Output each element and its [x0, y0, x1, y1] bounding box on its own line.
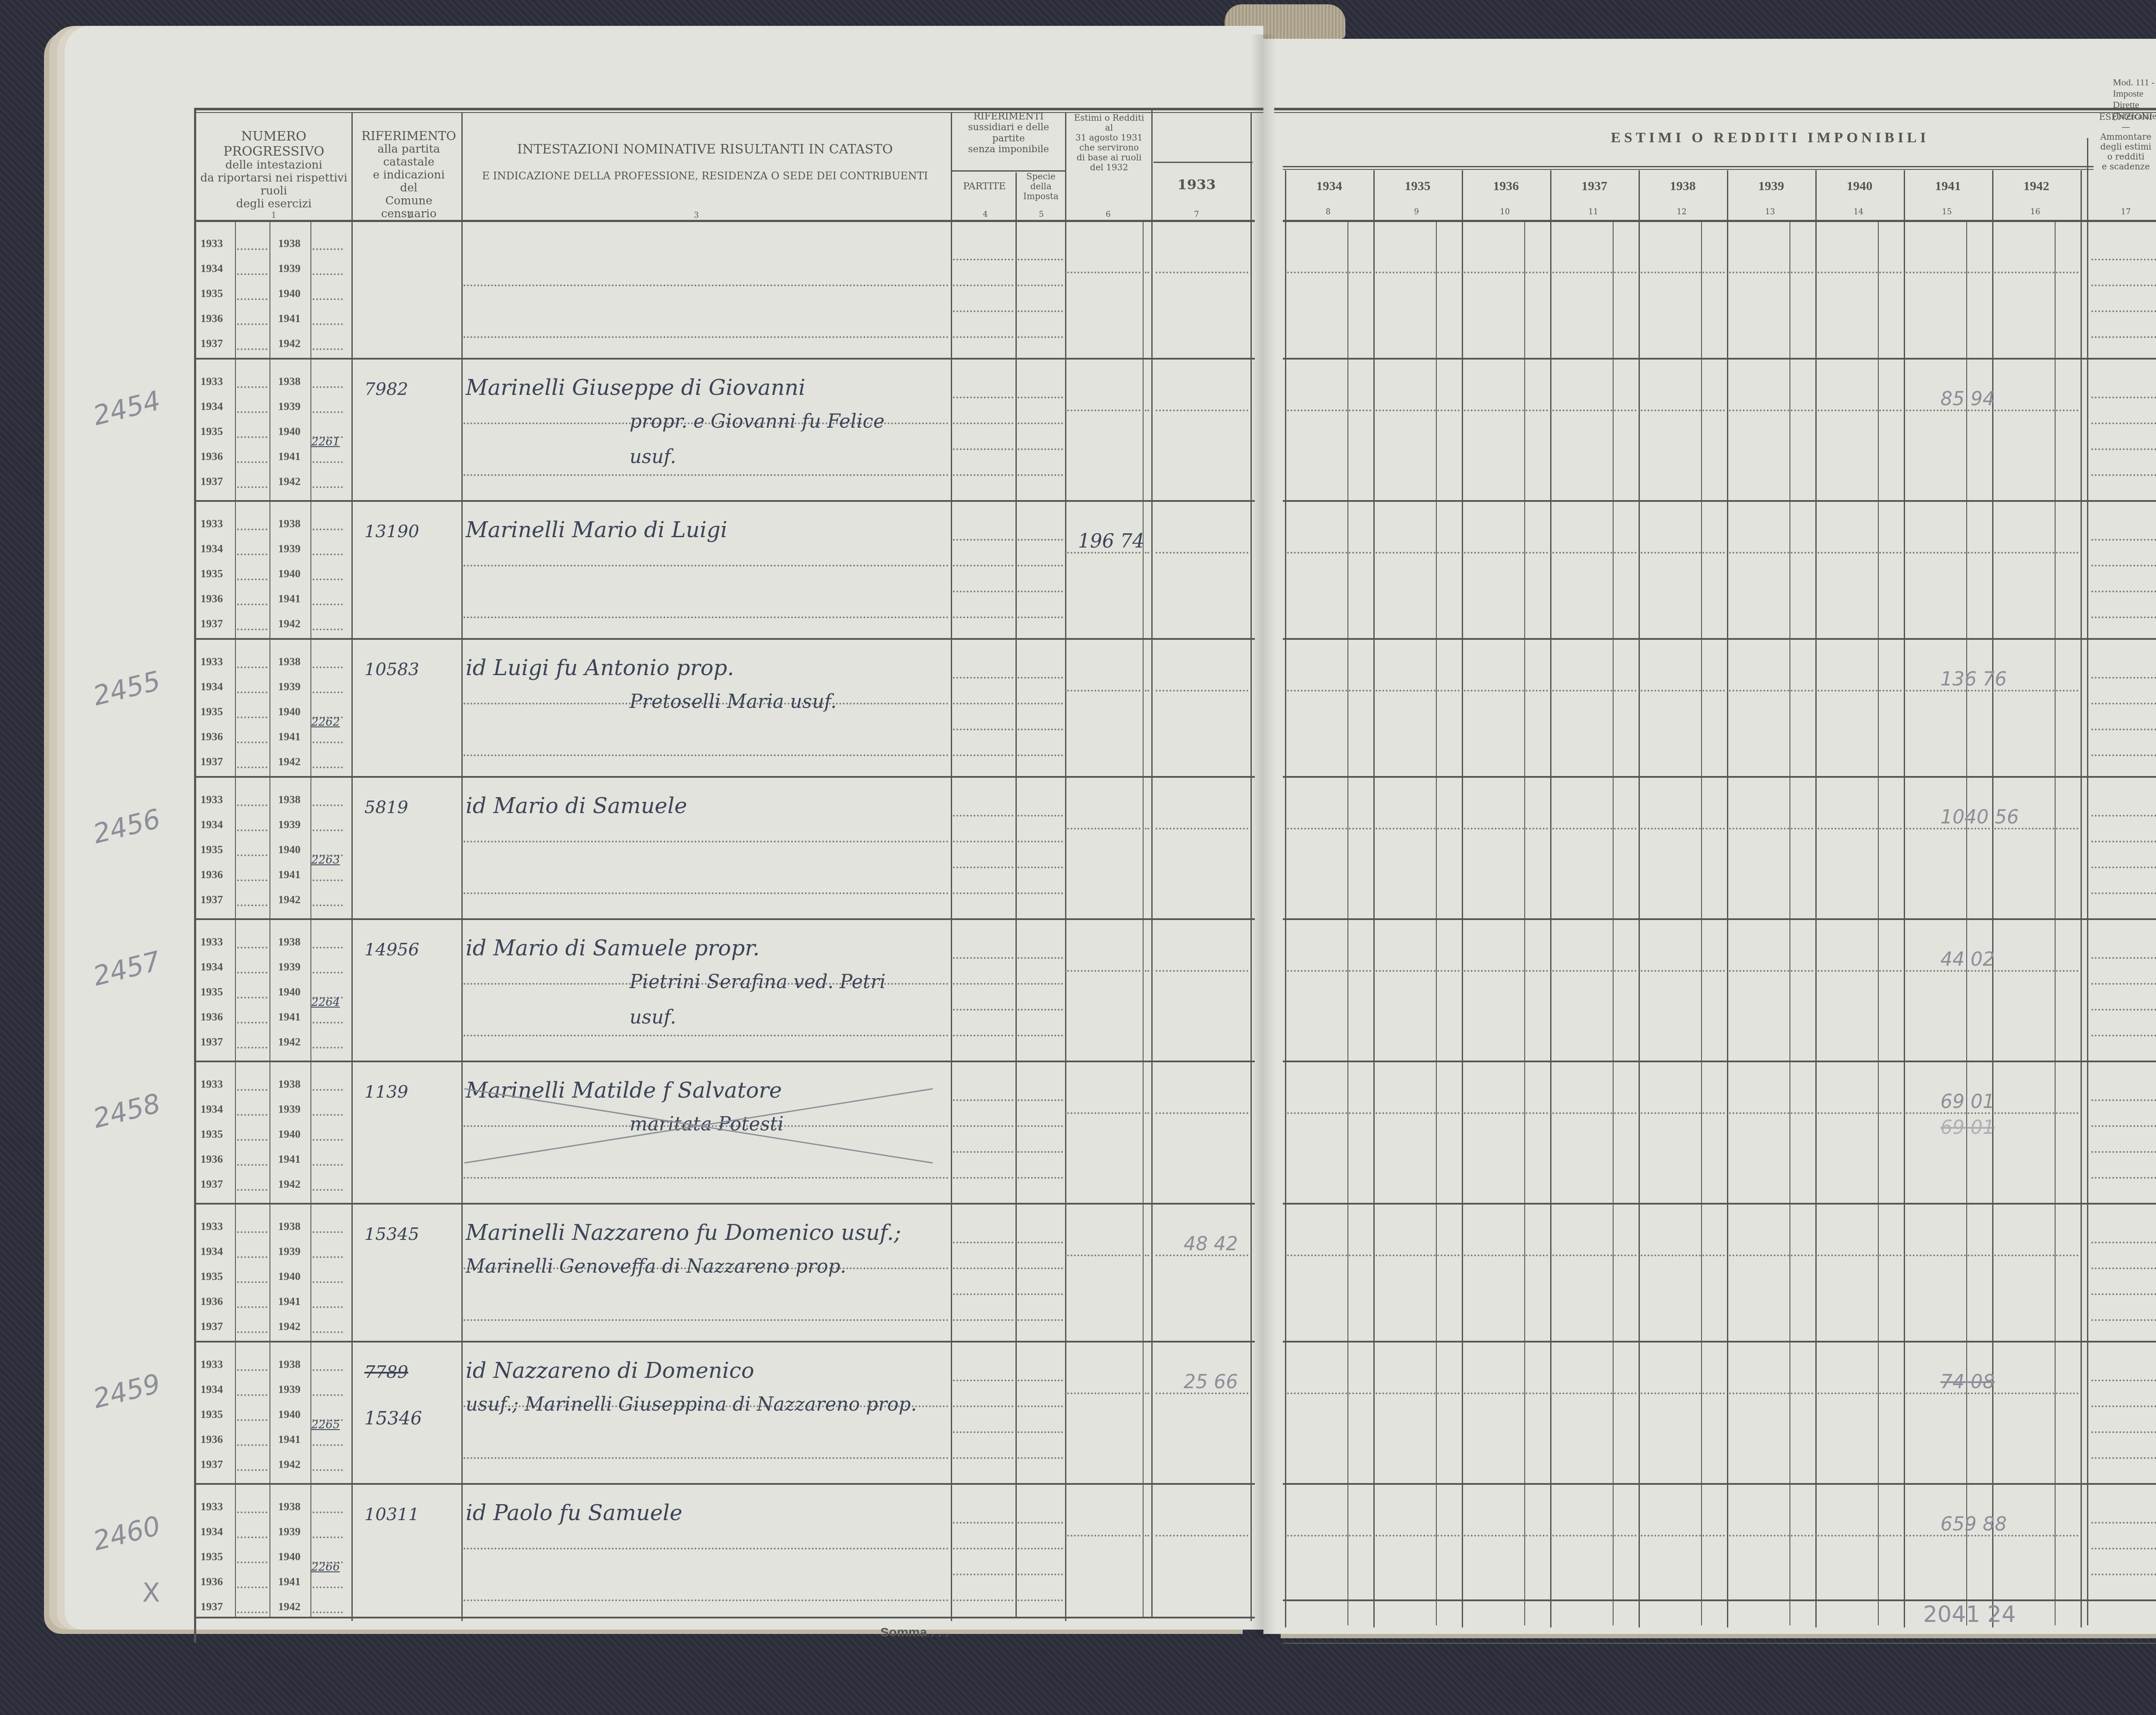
year-label: 1939 [278, 818, 301, 831]
dotted-guide [1156, 1112, 1248, 1114]
year-label: 1934 [201, 262, 223, 275]
dotted-guide [237, 1089, 267, 1091]
year-label: 1933 [201, 1220, 223, 1233]
dotted-guide [1018, 474, 1063, 476]
header-estimi-1931: Estimi o Redditi al 31 agosto 1931 che s… [1066, 113, 1152, 172]
dotted-guide [1287, 1255, 1371, 1256]
dotted-guide [2091, 1380, 2156, 1381]
dotted-guide [313, 1047, 343, 1048]
dotted-guide [1018, 397, 1063, 398]
dotted-guide [313, 1281, 343, 1283]
partita-number: 1139 [364, 1082, 408, 1102]
dotted-guide [1994, 410, 2078, 411]
year-label: 1937 [201, 1458, 223, 1471]
dotted-guide [313, 1306, 343, 1308]
dotted-guide [313, 411, 343, 413]
year-label: 1939 [278, 542, 301, 555]
dotted-guide [953, 754, 1013, 756]
dotted-guide [1018, 1293, 1063, 1295]
dotted-guide [313, 1537, 343, 1538]
partita-number: 10583 [364, 660, 419, 679]
dotted-guide [1994, 1255, 2078, 1256]
dotted-guide [1156, 272, 1248, 273]
dotted-guide [1018, 1242, 1063, 1243]
dotted-guide [237, 386, 267, 388]
dotted-guide [313, 273, 343, 275]
dotted-guide [1464, 828, 1548, 829]
year-label: 1938 [278, 1500, 301, 1513]
dotted-guide [1018, 1522, 1063, 1524]
header-year-1939: 1939 [1727, 179, 1815, 194]
intestazione-line: Marinelli Giuseppe di Giovanni [466, 375, 805, 400]
dotted-guide [2091, 422, 2156, 424]
intestazione-line: usuf. [630, 446, 676, 468]
dotted-guide [237, 348, 267, 350]
dotted-guide [953, 815, 1013, 817]
year-label: 1934 [201, 818, 223, 831]
dotted-guide [1018, 448, 1063, 450]
year-label: 1933 [201, 517, 223, 530]
dotted-guide [313, 904, 343, 906]
dotted-guide [313, 298, 343, 300]
dotted-guide [2091, 1267, 2156, 1269]
year-label: 1934 [201, 961, 223, 973]
dotted-guide [2091, 285, 2156, 286]
header-year-1937: 1937 [1550, 179, 1639, 194]
dotted-guide [2091, 729, 2156, 730]
dotted-guide [953, 422, 1013, 424]
dotted-guide [953, 1035, 1013, 1036]
year-label: 1941 [278, 1295, 301, 1308]
dotted-guide [313, 248, 343, 250]
dotted-guide [1376, 690, 1460, 692]
somma-1941-value: 2041 24 [1923, 1602, 2016, 1627]
dotted-guide [237, 1562, 267, 1563]
partita-number: 13190 [364, 522, 419, 541]
year-label: 1935 [201, 1270, 223, 1283]
dotted-guide [1552, 410, 1636, 411]
dotted-guide [1018, 1099, 1063, 1101]
dotted-guide [1287, 970, 1371, 972]
dotted-guide [1818, 552, 1902, 554]
dotted-guide [237, 604, 267, 605]
year-label: 1937 [201, 337, 223, 350]
dotted-guide [2091, 1009, 2156, 1011]
dotted-guide [953, 1405, 1013, 1407]
dotted-guide [1156, 552, 1248, 554]
year-label: 1938 [278, 1220, 301, 1233]
year-label: 1939 [278, 400, 301, 413]
dotted-guide [953, 1151, 1013, 1153]
dotted-guide [313, 1587, 343, 1588]
year-label: 1942 [278, 1036, 301, 1048]
dotted-guide [1145, 970, 1149, 972]
partita-number: 14956 [364, 940, 419, 960]
value-1933: 48 42 [1184, 1233, 1238, 1255]
dotted-guide [313, 1089, 343, 1091]
year-label: 1937 [201, 475, 223, 488]
dotted-guide [313, 972, 343, 973]
year-label: 1936 [201, 1575, 223, 1588]
dotted-guide [313, 1022, 343, 1023]
ruolo-number: 2266 [311, 1561, 340, 1574]
partita-number: 15345 [364, 1224, 419, 1244]
header-year-1934: 1934 [1285, 179, 1373, 194]
dotted-guide [237, 1331, 267, 1333]
dotted-guide [1906, 272, 1990, 273]
year-label: 1934 [201, 1103, 223, 1116]
dotted-guide [237, 529, 267, 530]
dotted-guide [1729, 410, 1813, 411]
ruolo-number: 2265 [311, 1418, 340, 1431]
dotted-guide [313, 461, 343, 463]
dotted-guide [1287, 828, 1371, 829]
dotted-guide [1641, 1255, 1725, 1256]
year-label: 1940 [278, 1550, 301, 1563]
dotted-guide [1018, 1457, 1063, 1459]
dotted-guide [1156, 1535, 1248, 1537]
dotted-guide [953, 474, 1013, 476]
year-label: 1938 [278, 375, 301, 388]
dotted-guide [1018, 617, 1063, 618]
dotted-guide [464, 617, 949, 618]
year-label: 1941 [278, 1575, 301, 1588]
year-label: 1938 [278, 793, 301, 806]
year-label: 1933 [201, 936, 223, 948]
dotted-guide [2091, 565, 2156, 566]
year-label: 1939 [278, 262, 301, 275]
dotted-guide [1067, 1112, 1141, 1114]
year-label: 1940 [278, 1408, 301, 1421]
dotted-guide [1376, 970, 1460, 972]
dotted-guide [1641, 552, 1725, 554]
dotted-guide [313, 554, 343, 555]
dotted-guide [953, 1522, 1013, 1524]
dotted-guide [1552, 1112, 1636, 1114]
dotted-guide [1818, 690, 1902, 692]
dotted-guide [953, 1293, 1013, 1295]
dotted-guide [2091, 677, 2156, 679]
header-intestazioni-sub: E INDICAZIONE DELLA PROFESSIONE, RESIDEN… [461, 170, 949, 182]
dotted-guide [237, 1369, 267, 1371]
dotted-guide [237, 767, 267, 768]
dotted-guide [1818, 272, 1902, 273]
dotted-guide [1156, 828, 1248, 829]
dotted-guide [1729, 1535, 1813, 1537]
intestazione-line: Pietrini Serafina ved. Petri [630, 971, 886, 993]
dotted-guide [1018, 729, 1063, 730]
dotted-guide [1729, 272, 1813, 273]
dotted-guide [237, 1612, 267, 1613]
dotted-guide [1018, 1125, 1063, 1127]
dotted-guide [1729, 690, 1813, 692]
dotted-guide [1018, 983, 1063, 985]
year-label: 1938 [278, 237, 301, 250]
header-year-1936: 1936 [1462, 179, 1550, 194]
year-label: 1934 [201, 1525, 223, 1538]
dotted-guide [953, 892, 1013, 894]
rule-line [1283, 169, 2093, 170]
dotted-guide [1287, 690, 1371, 692]
intestazione-line: id Nazzareno di Domenico [466, 1358, 754, 1383]
dotted-guide [1552, 1535, 1636, 1537]
dotted-guide [1067, 1535, 1141, 1537]
year-label: 1940 [278, 986, 301, 998]
year-label: 1936 [201, 592, 223, 605]
year-label: 1941 [278, 1011, 301, 1023]
year-label: 1942 [278, 893, 301, 906]
dotted-guide [2091, 957, 2156, 959]
dotted-guide [1067, 828, 1141, 829]
dotted-guide [237, 1114, 267, 1116]
dotted-guide [1906, 552, 1990, 554]
dotted-guide [1018, 815, 1063, 817]
dotted-guide [1018, 892, 1063, 894]
dotted-guide [464, 474, 949, 476]
dotted-guide [237, 1394, 267, 1396]
year-label: 1941 [278, 450, 301, 463]
year-label: 1936 [201, 868, 223, 881]
value-1941: 69 01 [1940, 1091, 1995, 1113]
dotted-guide [953, 1125, 1013, 1127]
margin-cross-mark: X [142, 1578, 160, 1608]
dotted-guide [237, 947, 267, 948]
dotted-guide [1376, 1393, 1460, 1394]
dotted-guide [953, 310, 1013, 312]
dotted-guide [1287, 1393, 1371, 1394]
year-label: 1941 [278, 1433, 301, 1446]
dotted-guide [1464, 272, 1548, 273]
dotted-guide [953, 983, 1013, 985]
dotted-guide [464, 336, 949, 338]
dotted-guide [1018, 1151, 1063, 1153]
dotted-guide [237, 742, 267, 743]
header-estimi-imponibili: ESTIMI O REDDITI IMPONIBILI [1289, 129, 2156, 146]
dotted-guide [313, 1444, 343, 1446]
rule-line [1283, 1643, 2156, 1644]
dotted-guide [313, 1189, 343, 1191]
intestazione-line: id Mario di Samuele propr. [466, 936, 760, 961]
dotted-guide [2091, 983, 2156, 985]
dotted-guide [237, 1419, 267, 1421]
dotted-guide [1156, 690, 1248, 692]
dotted-guide [1067, 410, 1141, 411]
dotted-guide [1018, 310, 1063, 312]
year-label: 1940 [278, 843, 301, 856]
dotted-guide [313, 1231, 343, 1233]
dotted-guide [237, 1256, 267, 1258]
dotted-guide [1464, 1255, 1548, 1256]
dotted-guide [237, 1164, 267, 1166]
dotted-guide [1018, 841, 1063, 842]
year-label: 1935 [201, 1408, 223, 1421]
dotted-guide [313, 947, 343, 948]
year-label: 1942 [278, 475, 301, 488]
header-specie-imposta: Specie della Imposta [1017, 172, 1065, 201]
dotted-guide [1145, 1255, 1149, 1256]
dotted-guide [237, 1139, 267, 1141]
header-numero-progressivo: NUMERO PROGRESSIVO delle intestazioni da… [196, 129, 351, 211]
year-label: 1934 [201, 400, 223, 413]
dotted-guide [953, 1457, 1013, 1459]
dotted-guide [237, 486, 267, 488]
dotted-guide [1641, 1393, 1725, 1394]
partita-number: 7982 [364, 379, 408, 399]
dotted-guide [953, 1267, 1013, 1269]
dotted-guide [237, 273, 267, 275]
dotted-guide [953, 285, 1013, 286]
dotted-guide [1067, 690, 1141, 692]
dotted-guide [1018, 285, 1063, 286]
dotted-guide [1818, 1112, 1902, 1114]
dotted-guide [1641, 272, 1725, 273]
dotted-guide [953, 1431, 1013, 1433]
year-label: 1937 [201, 1178, 223, 1191]
year-label: 1938 [278, 1358, 301, 1371]
year-label: 1933 [201, 237, 223, 250]
year-label: 1936 [201, 1011, 223, 1023]
dotted-guide [237, 1587, 267, 1588]
dotted-guide [464, 1548, 949, 1549]
header-year-1933: 1933 [1153, 177, 1240, 193]
dotted-guide [2091, 448, 2156, 450]
year-label: 1934 [201, 1245, 223, 1258]
year-label: 1937 [201, 755, 223, 768]
dotted-guide [1018, 754, 1063, 756]
dotted-guide [953, 448, 1013, 450]
header-esenzioni: ESENZIONI — Ammontare degli estimi o red… [2087, 112, 2156, 172]
dotted-guide [1287, 1535, 1371, 1537]
year-label: 1942 [278, 1600, 301, 1613]
value-1941: 1040 56 [1940, 806, 2019, 828]
dotted-guide [1018, 1035, 1063, 1036]
intestazione-line: Marinelli Matilde f Salvatore [466, 1078, 782, 1103]
dotted-guide [1994, 1393, 2078, 1394]
dotted-guide [1156, 410, 1248, 411]
year-label: 1941 [278, 730, 301, 743]
year-label: 1941 [278, 312, 301, 325]
dotted-guide [1018, 1405, 1063, 1407]
dotted-guide [1018, 1319, 1063, 1321]
dotted-guide [1018, 703, 1063, 704]
dotted-guide [953, 703, 1013, 704]
dotted-guide [464, 1035, 949, 1036]
intestazione-line: Marinelli Nazzareno fu Domenico usuf.; [466, 1220, 901, 1245]
year-label: 1941 [278, 868, 301, 881]
dotted-guide [313, 829, 343, 831]
year-label: 1933 [201, 1358, 223, 1371]
dotted-guide [1641, 690, 1725, 692]
intestazione-line: usuf.; Marinelli Giuseppina di Nazzareno… [466, 1393, 917, 1415]
year-label: 1942 [278, 1320, 301, 1333]
year-label: 1939 [278, 1383, 301, 1396]
year-label: 1935 [201, 425, 223, 438]
right-table-top-border [1274, 108, 2156, 110]
year-label: 1937 [201, 1320, 223, 1333]
value-1941: 659 88 [1940, 1513, 2007, 1535]
ruolo-number: 2261 [311, 435, 340, 448]
dotted-guide [464, 565, 949, 566]
year-label: 1935 [201, 1550, 223, 1563]
dotted-guide [313, 667, 343, 668]
dotted-guide [2091, 892, 2156, 894]
dotted-guide [1464, 1393, 1548, 1394]
dotted-guide [237, 629, 267, 630]
dotted-guide [1464, 970, 1548, 972]
dotted-guide [237, 879, 267, 881]
year-label: 1940 [278, 567, 301, 580]
year-label: 1939 [278, 1245, 301, 1258]
dotted-guide [313, 1331, 343, 1333]
dotted-guide [464, 892, 949, 894]
dotted-guide [953, 259, 1013, 260]
dotted-guide [2091, 815, 2156, 817]
dotted-guide [953, 617, 1013, 618]
dotted-guide [953, 1599, 1013, 1601]
dotted-guide [1145, 1393, 1149, 1394]
dotted-guide [1018, 565, 1063, 566]
year-label: 1939 [278, 680, 301, 693]
dotted-guide [953, 1574, 1013, 1575]
dotted-guide [2091, 1099, 2156, 1101]
year-label: 1937 [201, 617, 223, 630]
year-label: 1938 [278, 936, 301, 948]
dotted-guide [2091, 591, 2156, 592]
dotted-guide [313, 1114, 343, 1116]
estimo-1931-value: 196 74 [1078, 530, 1144, 552]
dotted-guide [2091, 1242, 2156, 1243]
dotted-guide [237, 804, 267, 806]
value-1941: 136 76 [1940, 668, 2007, 690]
intestazione-line: Marinelli Genoveffa di Nazzareno prop. [466, 1255, 846, 1277]
dotted-guide [1464, 1112, 1548, 1114]
ruolo-number: 2263 [311, 854, 340, 867]
dotted-guide [2091, 474, 2156, 476]
dotted-guide [1818, 1393, 1902, 1394]
header-year-1938: 1938 [1639, 179, 1727, 194]
dotted-guide [1018, 1548, 1063, 1549]
rule-line [1153, 162, 1253, 163]
dotted-guide [2091, 539, 2156, 541]
dotted-guide [1729, 1255, 1813, 1256]
dotted-guide [1287, 272, 1371, 273]
dotted-guide [953, 1099, 1013, 1101]
dotted-guide [1552, 970, 1636, 972]
year-label: 1938 [278, 1078, 301, 1091]
dotted-guide [2091, 1548, 2156, 1549]
dotted-guide [237, 1022, 267, 1023]
dotted-guide [1287, 410, 1371, 411]
dotted-guide [953, 1319, 1013, 1321]
dotted-guide [1018, 1599, 1063, 1601]
dotted-guide [1729, 970, 1813, 972]
dotted-guide [237, 829, 267, 831]
dotted-guide [1018, 1009, 1063, 1011]
dotted-guide [313, 1139, 343, 1141]
dotted-guide [1994, 272, 2078, 273]
dotted-guide [1376, 1255, 1460, 1256]
dotted-guide [464, 1457, 949, 1459]
dotted-guide [237, 854, 267, 856]
dotted-guide [464, 1177, 949, 1179]
header-intestazioni: INTESTAZIONI NOMINATIVE RISULTANTI IN CA… [461, 142, 949, 157]
dotted-guide [237, 692, 267, 693]
value-1941: 85 94 [1940, 388, 1995, 410]
year-label: 1933 [201, 375, 223, 388]
dotted-guide [1376, 272, 1460, 273]
year-label: 1935 [201, 287, 223, 300]
dotted-guide [1018, 957, 1063, 959]
